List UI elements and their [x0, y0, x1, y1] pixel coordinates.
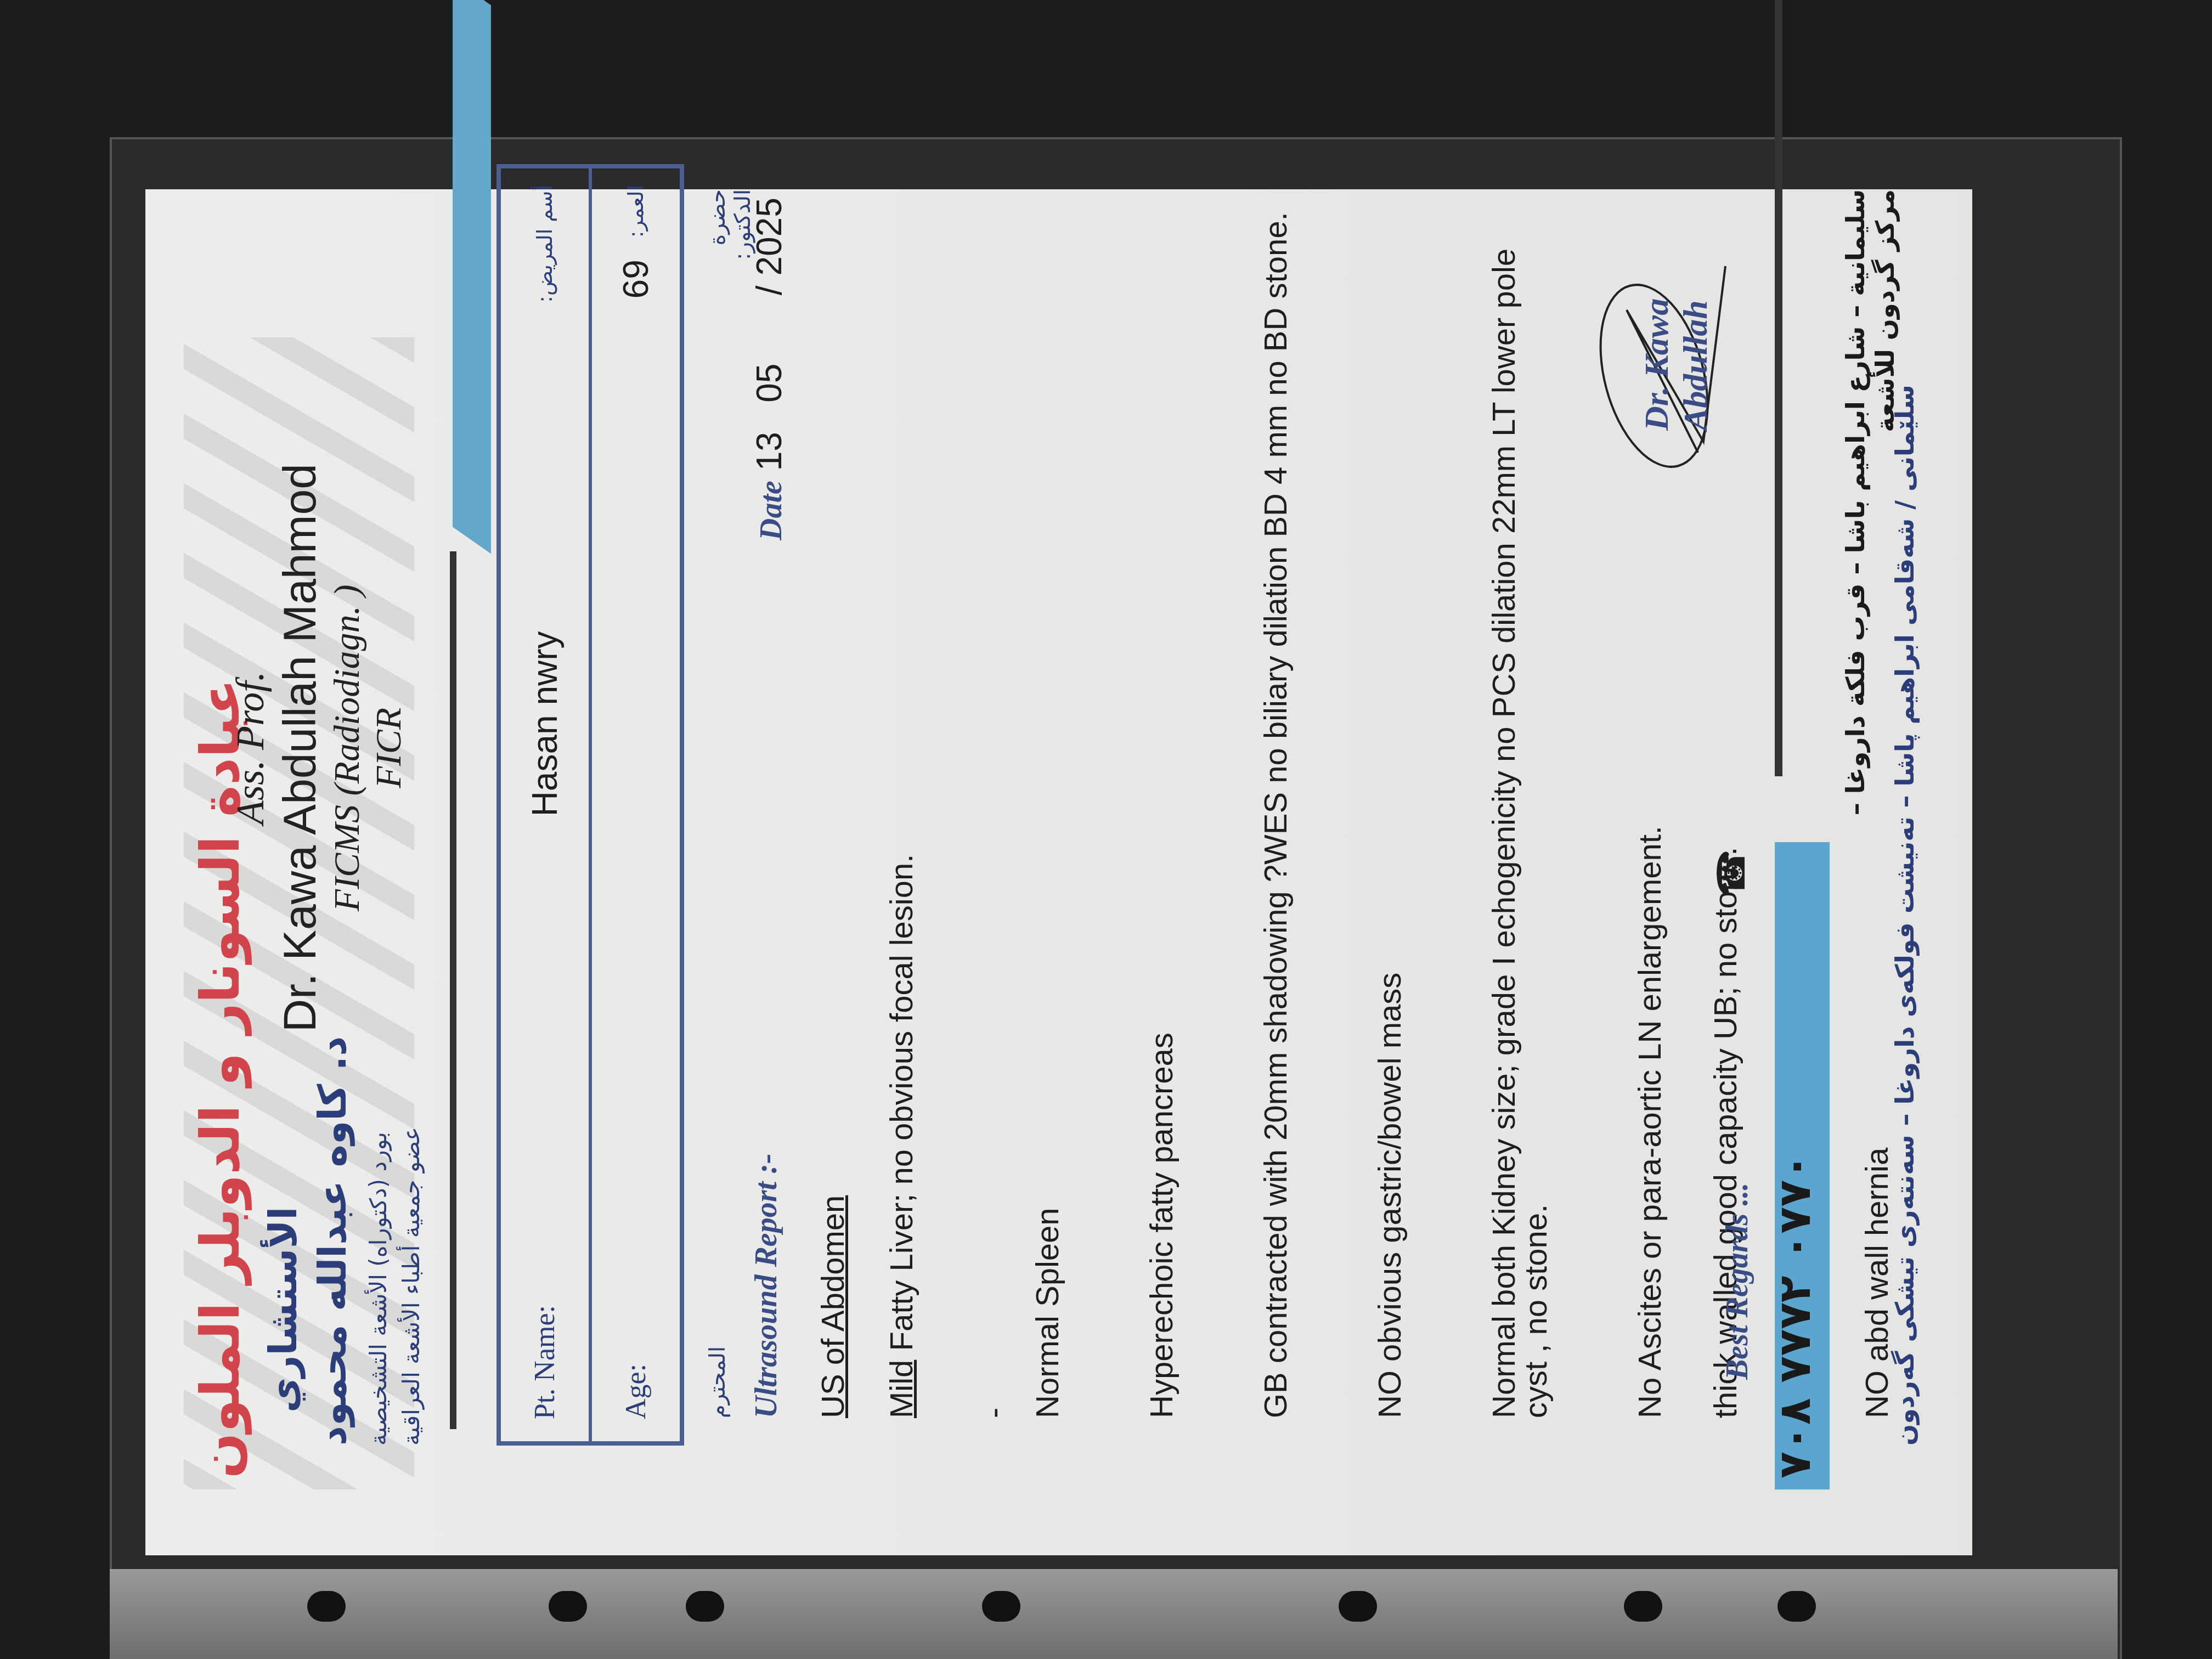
report-date: Date 13 05 / 2025 [749, 198, 789, 540]
date-month: 05 [749, 364, 789, 403]
patient-age-label: Age: [620, 1145, 652, 1419]
doctor-header: Ass. Prof. Dr. Kawa Abdullah Mahmod FICM… [228, 464, 410, 1032]
patient-age-label-arabic: العمر: [624, 185, 648, 238]
address-kurdish: سلێمانی / شەقامی ابراهیم پاشا – تەنیشت ف… [1890, 385, 1920, 1446]
finding-item: - [978, 184, 1010, 1418]
finding-item: NO obvious gastric/bowel mass [1374, 184, 1406, 1418]
patient-name-label: Pt. Name: [529, 1145, 561, 1419]
binder-hole [307, 1591, 346, 1622]
patient-age-value: 69 [616, 238, 656, 1145]
credential-ficr: FICR [368, 464, 410, 1032]
report-page: عيادة السونار و الدوبلر الملون الأستشاري… [145, 189, 1972, 1555]
binder-hole [1778, 1591, 1816, 1622]
closing-text: Best Regards ... [1720, 1183, 1755, 1380]
telephone-icon: ☎ [1709, 849, 1754, 897]
study-title: US of Abdomen [815, 1195, 851, 1418]
patient-name-label-arabic: أسم المريض: [533, 185, 557, 303]
footer-divider [1775, 0, 1782, 776]
consultant-label-arabic: الأستشاري [261, 1207, 306, 1413]
phone-number: ٠٧٧٠ ٧٧٧٢ ٧٠٨ [1769, 1153, 1820, 1479]
date-year: / 2025 [749, 198, 789, 295]
header-divider [450, 551, 456, 1429]
finding-item: GB contracted with 20mm shadowing ?WES n… [1260, 184, 1292, 1418]
finding-item: Hyperechoic fatty pancreas [1146, 184, 1178, 1418]
patient-info-table: Pt. Name: Hasan nwry أسم المريض: Age: 69… [496, 164, 684, 1446]
binder-hole [686, 1591, 724, 1622]
finding-item: Normal both Kidney size; grade I echogen… [1488, 184, 1552, 1418]
date-day: 13 [749, 432, 789, 471]
date-label: Date [754, 481, 788, 540]
credentials-arabic-1: بورد (دكتوراه) الأشعة التشخيصية [365, 1132, 392, 1446]
header-accent-band [453, 0, 491, 554]
doctor-salutation-arabic: حضرة الدكتور: [705, 189, 755, 272]
credentials-arabic-2: عضو جمعية أطباء الأشعة العراقية [398, 1127, 425, 1446]
report-heading: Ultrasound Report :- [749, 1154, 784, 1418]
patient-name-row: Pt. Name: Hasan nwry أسم المريض: [501, 168, 592, 1441]
patient-age-row: Age: 69 العمر: [592, 168, 680, 1441]
finding-item: Normal Spleen [1032, 184, 1064, 1418]
respected-label-arabic: المحترم [705, 1346, 730, 1418]
title-prefix: Ass. Prof. [228, 464, 273, 1032]
binder-hole [982, 1591, 1020, 1622]
binder-hole [549, 1591, 587, 1622]
doctor-name-arabic: د. كاوه عبدالله محمود [310, 1036, 355, 1446]
credential-ficms: FICMS (Radiodiagn. ) [326, 464, 368, 1032]
binder-hole [1339, 1591, 1377, 1622]
binder-hole [1624, 1591, 1662, 1622]
finding-severity: Mild [884, 1360, 919, 1418]
patient-name-value: Hasan nwry [524, 303, 565, 1145]
finding-item: Mild Fatty Liver; no obvious focal lesio… [886, 184, 918, 1418]
sleeve-binder-edge [110, 1569, 2118, 1659]
doctor-name: Dr. Kawa Abdullah Mahmod [273, 464, 326, 1032]
signature-name: Dr. Kawa Abdullah [1638, 189, 1716, 431]
